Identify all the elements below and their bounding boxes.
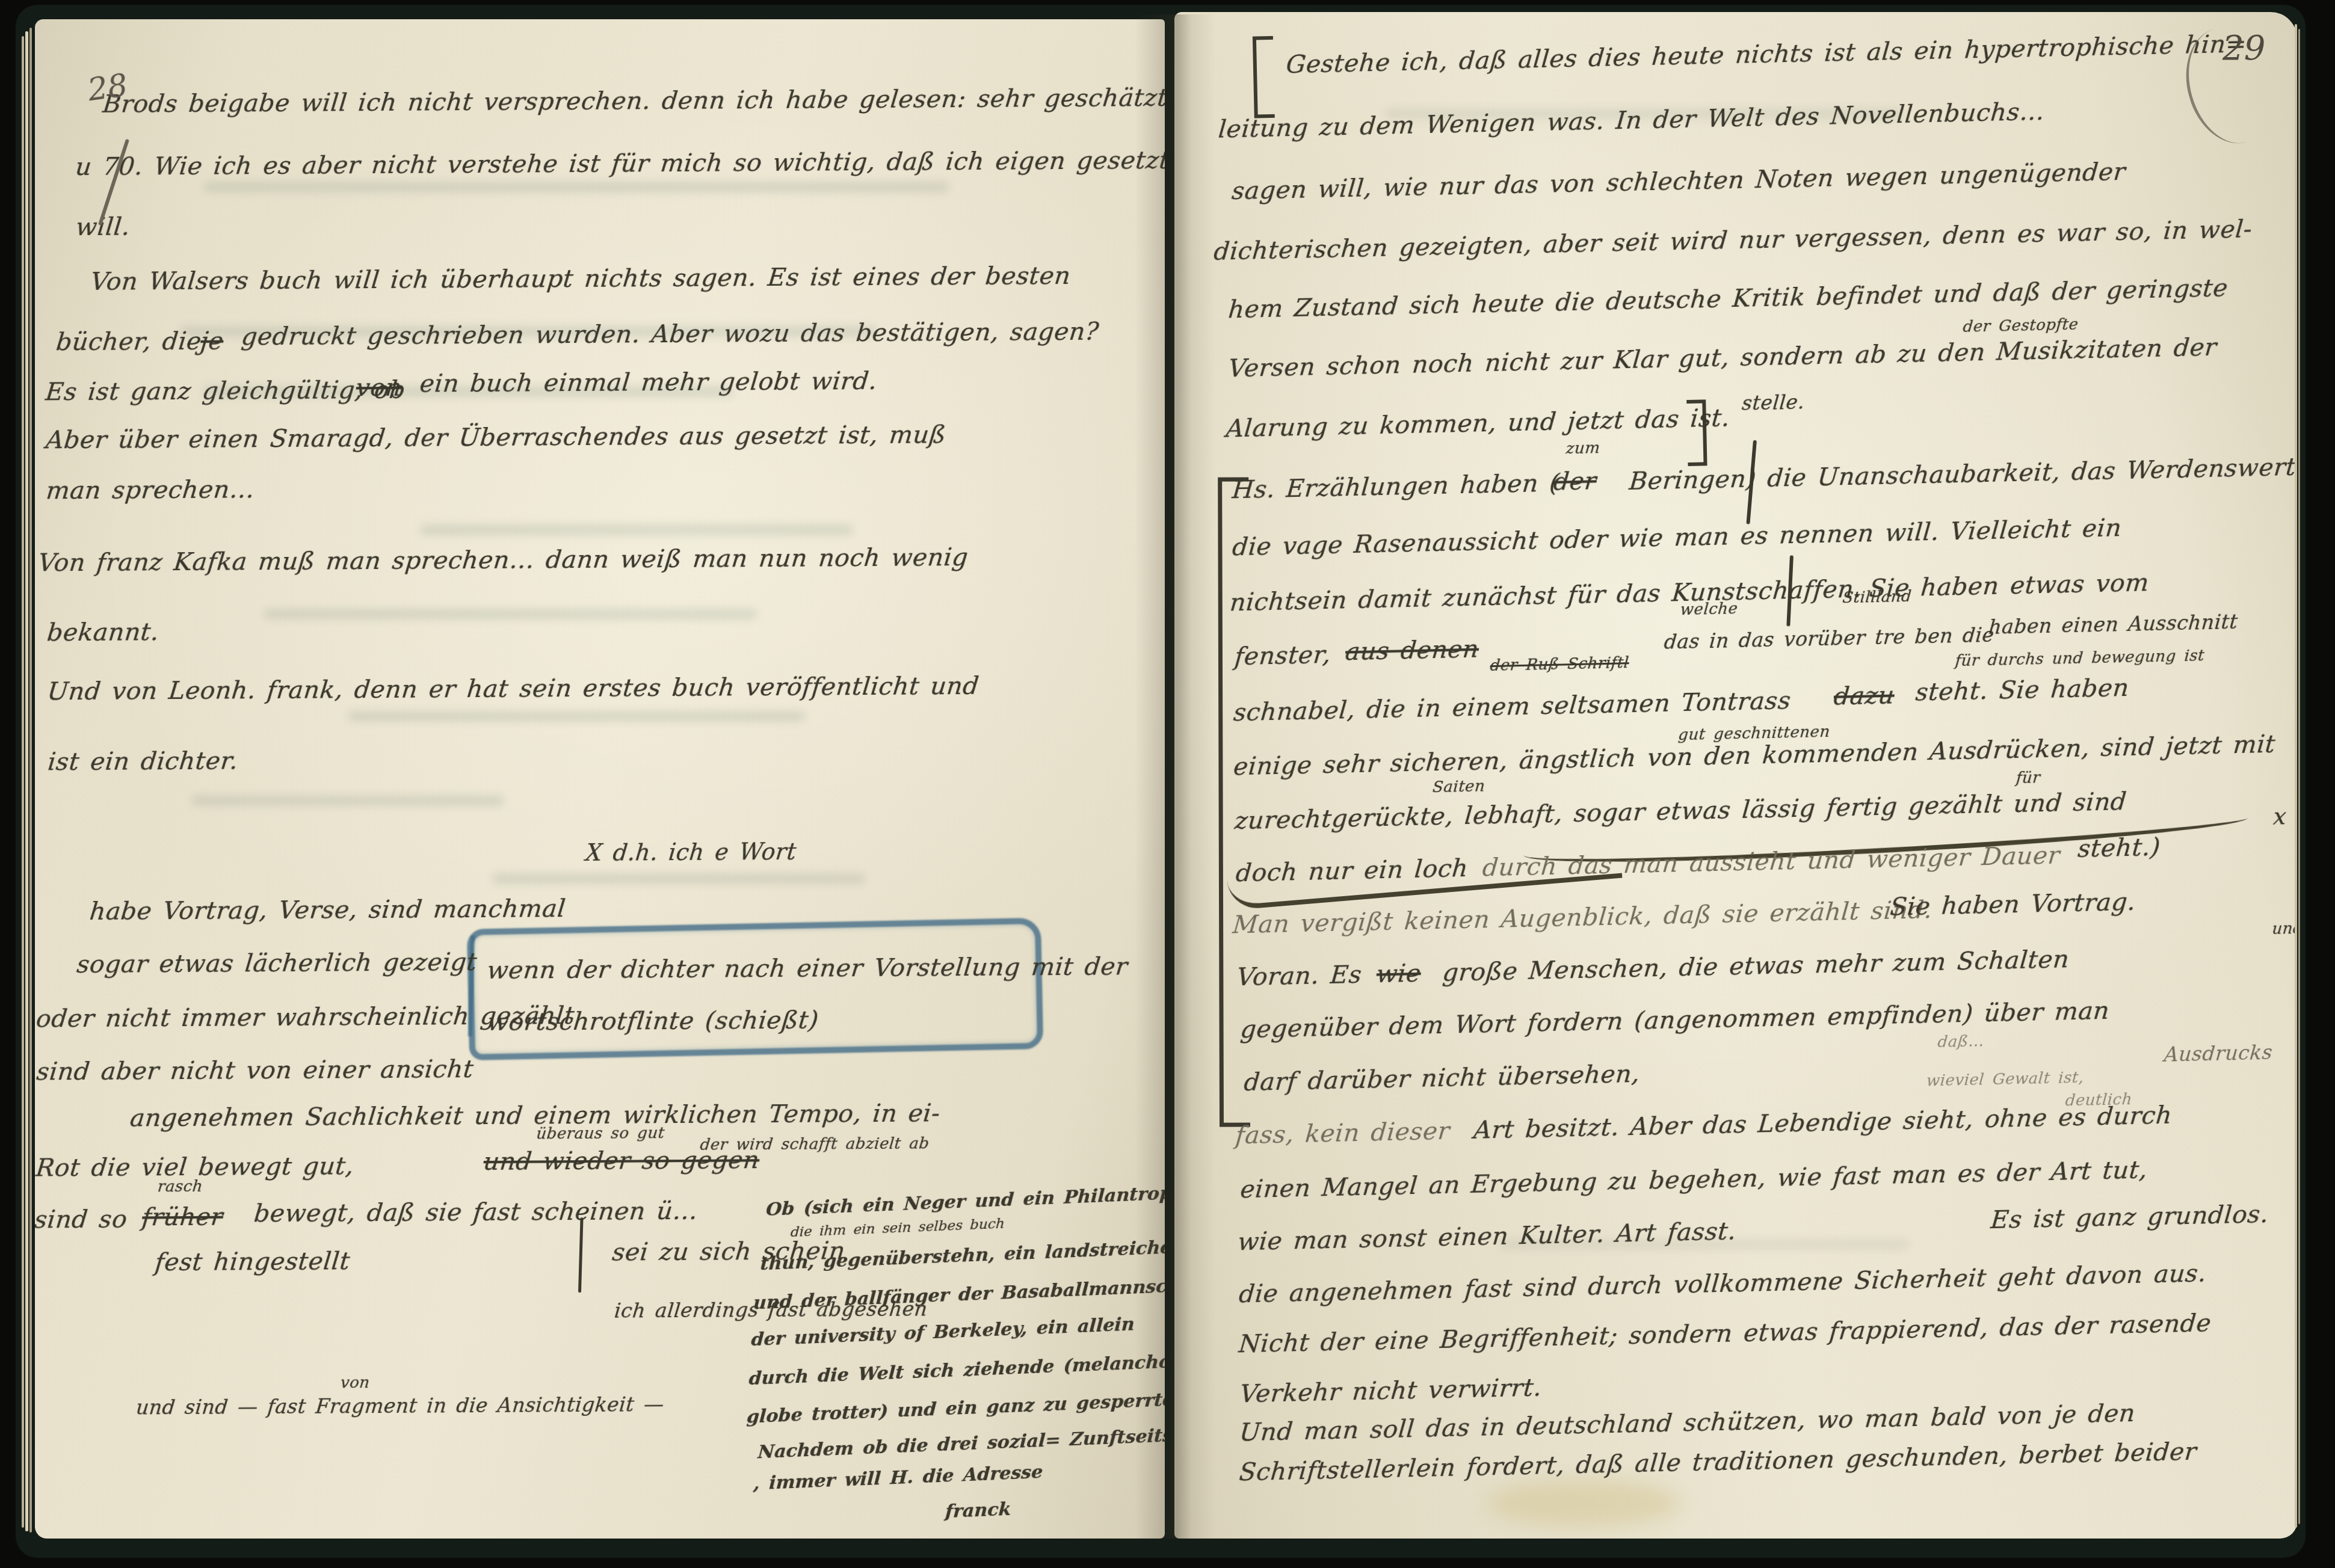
- handwriting-line: angenehmen Sachlichkeit und einem wirkli…: [129, 1098, 942, 1132]
- handwriting-line: nichtsein damit zunächst für das Kunstsc…: [1229, 574, 1863, 617]
- handwriting-line: habe Vortrag, Verse, sind manchmal: [88, 894, 567, 926]
- handwriting-line: die vage Rasenaussicht oder wie man es n…: [1231, 513, 2123, 561]
- page-number-left: 28: [85, 67, 130, 109]
- handwriting-line: rasch: [157, 1178, 204, 1196]
- handwriting-line: zum: [1565, 439, 1601, 458]
- handwriting-line: , immer will H. die Adresse: [753, 1462, 1043, 1495]
- handwriting-line: daß…: [1937, 1032, 1985, 1051]
- handwriting-line: leitung zu dem Wenigen was. In der Welt …: [1217, 97, 2046, 144]
- page-stack-edge: [25, 31, 28, 1531]
- handwriting-line: Man vergißt keinen Augenblick, daß sie e…: [1232, 895, 1934, 939]
- handwriting-line: sind aber nicht von einer ansicht: [35, 1054, 475, 1086]
- handwriting-line: Es ist ganz grundlos.: [1990, 1199, 2270, 1234]
- handwriting-line: Alarung zu kommen, und jetzt das ist.: [1225, 403, 1731, 443]
- handwriting-line: der wird schafft abzielt ab: [699, 1135, 930, 1154]
- handwriting-line: und: [2271, 920, 2297, 938]
- handwriting-line: Von franz Kafka muß man sprechen… dann w…: [37, 543, 969, 577]
- handwriting-line: man sprechen…: [45, 475, 256, 505]
- handwriting-line: überaus so gut: [535, 1124, 665, 1143]
- left-page: Brods beigabe will ich nicht versprechen…: [35, 19, 1165, 1539]
- handwriting-line: der Ruß Schriftl: [1489, 654, 1629, 675]
- page-stack-edge: [29, 28, 32, 1533]
- handwriting-line: von: [355, 373, 404, 402]
- handwriting-line: Sie haben Vortrag.: [1889, 887, 2137, 921]
- handwriting-line: Und man soll das in deutschland schützen…: [1238, 1398, 2136, 1447]
- handwriting-line: Und von Leonh. frank, denn er hat sein e…: [46, 671, 981, 706]
- divider-stroke: [578, 1217, 584, 1293]
- handwriting-line: bekannt.: [46, 617, 161, 647]
- handwriting-line: Ob (sich ein Neger und ein Philantrop.: [765, 1182, 1165, 1220]
- handwriting-line: die ihm ein sein selbes buch: [790, 1216, 1005, 1241]
- handwriting-line: sagen will, wie nur das von schlechten N…: [1230, 157, 2127, 206]
- handwriting-line: wie man sonst einen Kulter. Art fasst.: [1237, 1216, 1738, 1256]
- handwriting-line: Gestehe ich, daß alles dies heute nichts…: [1285, 29, 2248, 79]
- handwriting-line: Schriftstellerlein fordert, daß alle tra…: [1238, 1437, 2198, 1487]
- handwriting-line: u 70. Wie ich es aber nicht verstehe ist…: [74, 145, 1165, 181]
- page-stack-edge: [2298, 29, 2300, 1524]
- handwriting-line: durch die Welt sich ziehende (melancholi…: [748, 1349, 1165, 1390]
- handwriting-line: welche: [1680, 600, 1739, 619]
- handwriting-line: schnabel, die in einem seltsamen Tontras…: [1232, 686, 1792, 727]
- handwriting-line: Art besitzt. Aber das Lebendige sieht, o…: [1473, 1101, 2174, 1145]
- handwriting-line: fest hingestellt: [153, 1246, 351, 1276]
- handwriting-line: sind so: [35, 1205, 129, 1234]
- left-page-content: Brods beigabe will ich nicht versprechen…: [35, 19, 1165, 1539]
- handwriting-line: Versen schon noch nicht zur Klar gut, so…: [1227, 333, 2218, 383]
- handwriting-line: x: [2272, 803, 2288, 830]
- handwriting-line: Nicht der eine Begriffenheit; sondern et…: [1238, 1308, 2212, 1358]
- handwriting-line: doch nur ein loch: [1235, 853, 1469, 888]
- handwriting-line: fass, kein dieser: [1235, 1116, 1451, 1150]
- right-page: Gestehe ich, daß alles dies heute nichts…: [1174, 12, 2297, 1539]
- handwriting-line: und sind — fast Fragment in die Ansichti…: [135, 1392, 665, 1419]
- gutter-shadow: [1135, 14, 1215, 1539]
- handwriting-line: gedruckt geschrieben wurden. Aber wozu d…: [240, 317, 1100, 351]
- page-stack-edge: [2295, 24, 2297, 1528]
- handwriting-line: Beringen) die Unanschaubarkeit, das Werd…: [1628, 452, 2297, 496]
- handwriting-line: wieviel Gewalt ist,: [1926, 1069, 2085, 1090]
- handwriting-line: von: [340, 1374, 371, 1392]
- handwriting-line: früher: [141, 1202, 224, 1232]
- handwriting-line: fenster,: [1233, 640, 1332, 671]
- handwriting-line: X d.h. ich e Wort: [585, 838, 798, 866]
- handwriting-line: Ausdrucks: [2163, 1041, 2273, 1066]
- handwriting-line: ist ein dichter.: [46, 746, 239, 776]
- handwriting-line: die angenehmen fast sind durch vollkomme…: [1238, 1258, 2207, 1308]
- handwriting-line: für durchs und bewegung ist: [1955, 647, 2206, 670]
- handwriting-line: sogar etwas lächerlich gezeigt: [75, 947, 478, 979]
- handwriting-line: Von Walsers buch will ich überhaupt nich…: [89, 261, 1072, 296]
- handwriting-line: Voran. Es: [1236, 960, 1363, 992]
- handwriting-line: darf darüber nicht übersehen,: [1243, 1059, 1641, 1096]
- handwriting-line: globe trotter) und ein ganz zu gesperrte…: [746, 1385, 1165, 1428]
- right-page-content: Gestehe ich, daß alles dies heute nichts…: [1174, 12, 2297, 1539]
- handwriting-line: und der ballfänger der Basaballmannschaf…: [753, 1274, 1165, 1314]
- handwriting-line: stelle.: [1741, 390, 1806, 415]
- handwriting-line: steht.): [2077, 832, 2162, 863]
- page-number-right: 29: [2222, 29, 2265, 68]
- handwriting-line: der: [1552, 466, 1598, 496]
- handwriting-line: dichterischen gezeigten, aber seit wird …: [1213, 214, 2254, 266]
- handwriting-line: Hs. Erzählungen haben (: [1231, 469, 1561, 505]
- handwriting-line: je: [199, 327, 225, 355]
- blue-crayon-box: [467, 918, 1043, 1060]
- handwriting-line: das in das vorüber tre ben die: [1663, 623, 1995, 654]
- opening-bracket-mark: [1253, 36, 1275, 118]
- handwriting-line: Aber über einen Smaragd, der Überraschen…: [45, 420, 948, 454]
- handwriting-line: einen Mangel an Ergebung zu begehen, wie…: [1239, 1155, 2149, 1204]
- handwriting-line: Stillland: [1842, 588, 1912, 607]
- handwriting-line: Es ist ganz gleichgültig, ob: [45, 375, 407, 407]
- handwriting-line: ein buch einmal mehr gelobt wird.: [419, 366, 879, 398]
- handwriting-line: für: [2016, 769, 2041, 787]
- handwriting-line: wortschrotflinte (schießt): [486, 1006, 820, 1036]
- handwriting-line: steht. Sie haben: [1914, 673, 2130, 707]
- handwriting-line: franck: [945, 1499, 1012, 1522]
- handwriting-line: große Menschen, die etwas mehr zum Schal…: [1442, 944, 2071, 987]
- handwriting-line: Nachdem ob die drei sozial= Zunftseits.: [757, 1425, 1165, 1463]
- page-stack-edge: [22, 36, 24, 1528]
- handwriting-line: dazu: [1833, 681, 1896, 711]
- handwriting-line: Verkehr nicht verwirrt.: [1239, 1373, 1543, 1409]
- handwriting-line: Brods beigabe will ich nicht versprechen…: [102, 83, 1165, 118]
- handwriting-line: der Gestopfte: [1962, 316, 2079, 336]
- handwriting-line: wie: [1375, 959, 1422, 989]
- handwriting-line: Saiten: [1432, 777, 1486, 796]
- handwriting-line: bewegt, daß sie fast scheinen ü…: [253, 1196, 699, 1228]
- handwriting-line: bücher, die: [55, 327, 203, 357]
- handwriting-line: aus denen: [1344, 635, 1480, 666]
- handwriting-line: wenn der dichter nach einer Vorstellung …: [486, 952, 1129, 985]
- handwriting-line: haben einen Ausschnitt: [1988, 610, 2239, 639]
- notebook-photo: Brods beigabe will ich nicht versprechen…: [0, 0, 2335, 1568]
